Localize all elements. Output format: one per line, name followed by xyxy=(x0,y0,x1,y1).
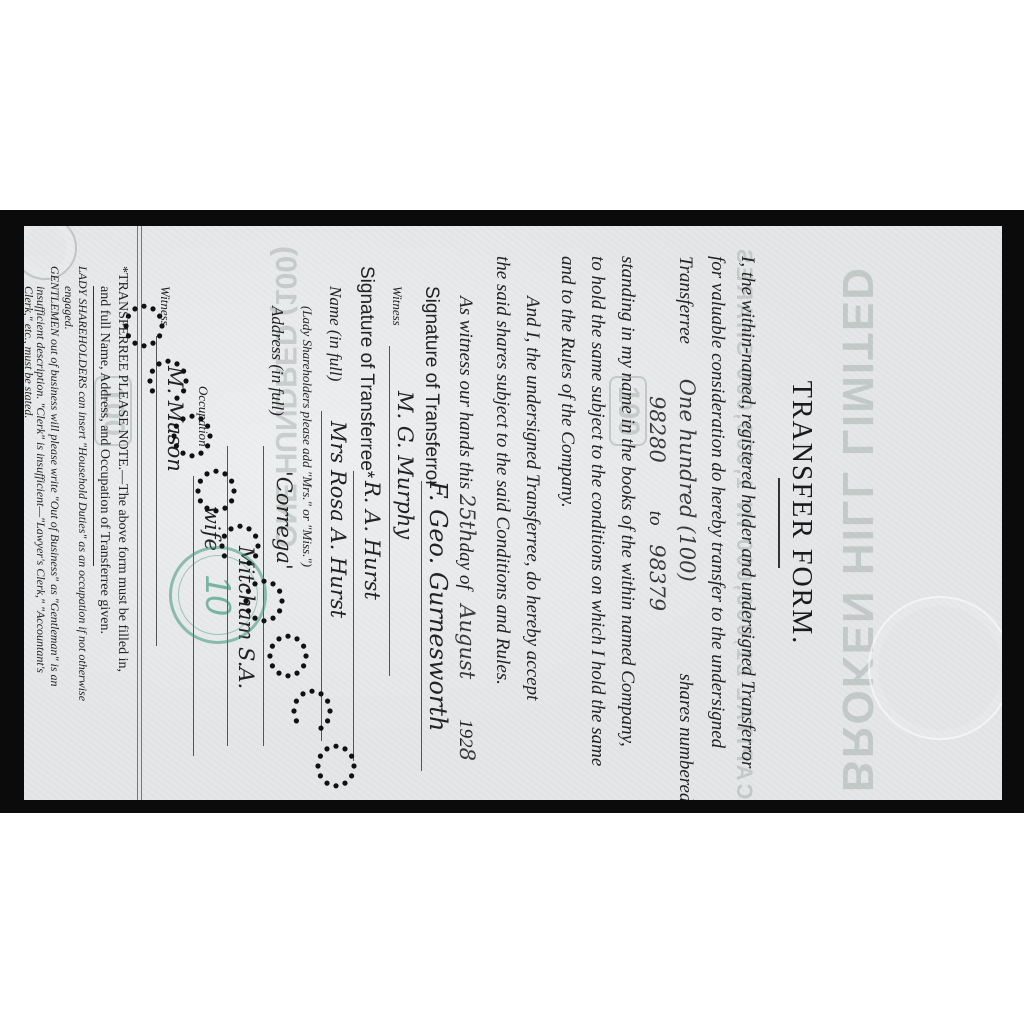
cancelled-perforation xyxy=(24,226,1002,800)
share-certificate-paper: NORTH BROKEN HILL LIMITED CAPITAL £1,000… xyxy=(24,226,1002,800)
